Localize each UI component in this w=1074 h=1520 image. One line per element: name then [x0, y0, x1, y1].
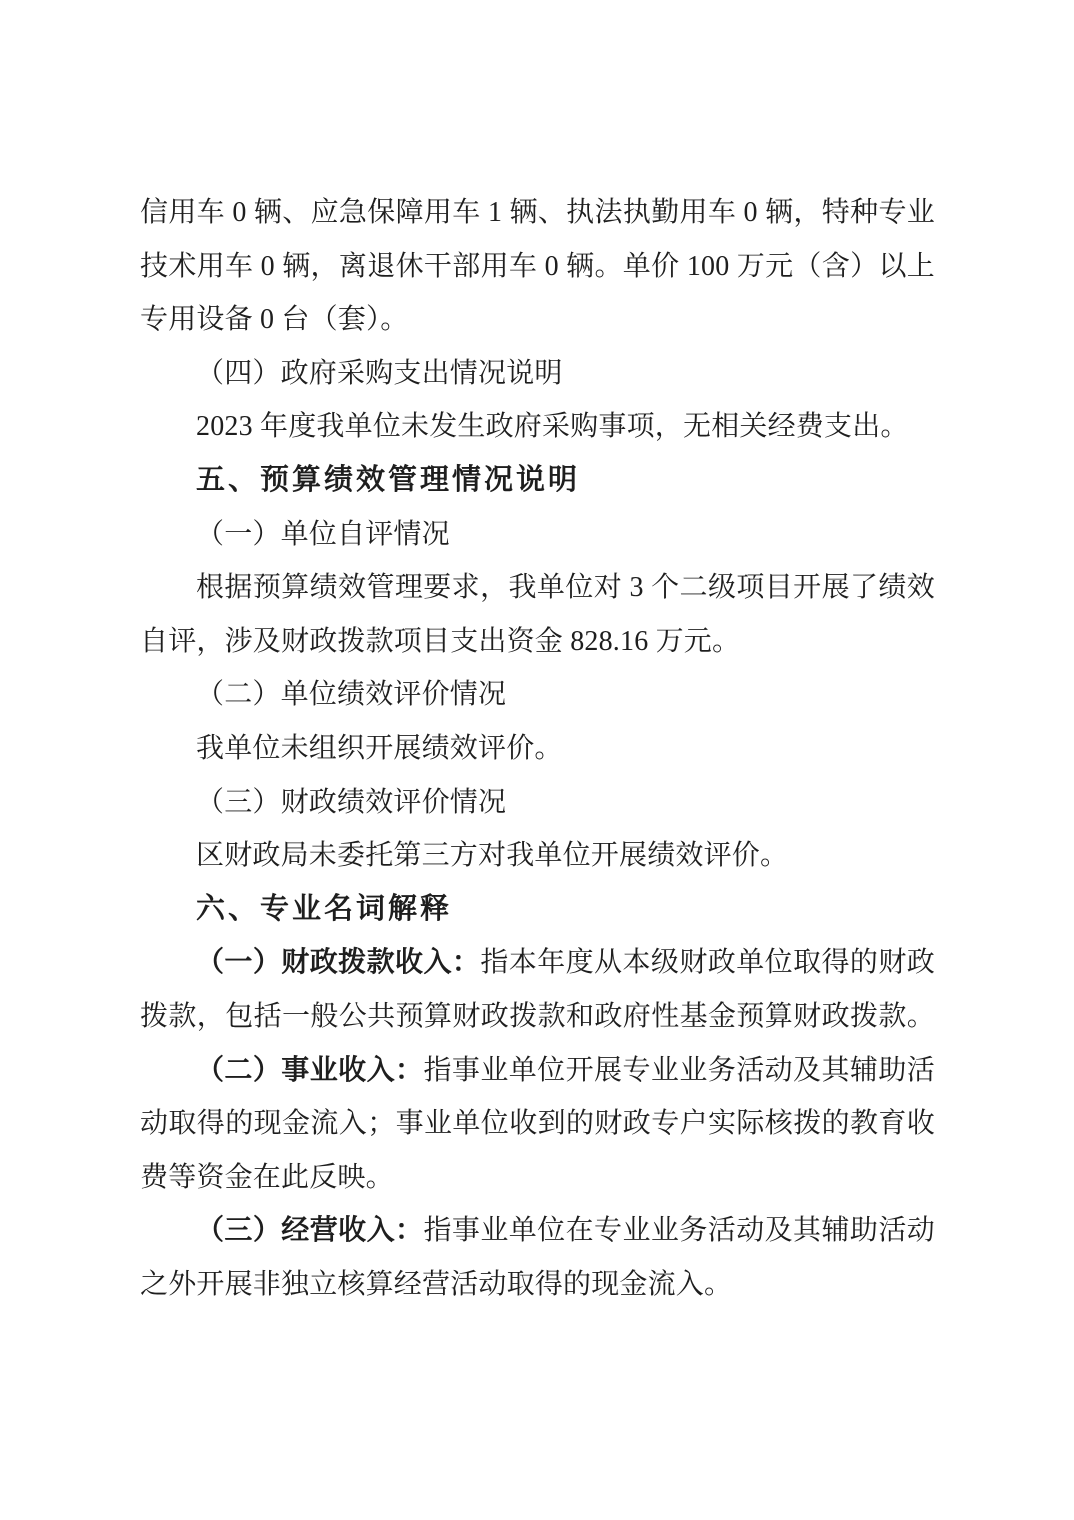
text-line: （一）单位自评情况 — [140, 508, 935, 562]
text-line: 2023 年度我单位未发生政府采购事项，无相关经费支出。 — [140, 400, 935, 454]
text-line: 拨款，包括一般公共预算财政拨款和政府性基金预算财政拨款。 — [140, 990, 935, 1044]
definition-term: （二）事业收入： — [196, 1055, 423, 1086]
text-line: （一）财政拨款收入：指本年度从本级财政单位取得的财政 — [140, 936, 935, 990]
text-line: （二）事业收入：指事业单位开展专业业务活动及其辅助活 — [140, 1044, 935, 1098]
definition-text: 指本年度从本级财政单位取得的财政 — [480, 947, 935, 978]
text-line: 我单位未组织开展绩效评价。 — [140, 722, 935, 776]
page-content: 信用车 0 辆、应急保障用车 1 辆、执法执勤用车 0 辆，特种专业技术用车 0… — [140, 186, 935, 1311]
definition-term: （三）经营收入： — [196, 1215, 423, 1246]
text-line: 根据预算绩效管理要求，我单位对 3 个二级项目开展了绩效 — [140, 561, 935, 615]
text-line: 之外开展非独立核算经营活动取得的现金流入。 — [140, 1258, 935, 1312]
text-line: 信用车 0 辆、应急保障用车 1 辆、执法执勤用车 0 辆，特种专业 — [140, 186, 935, 240]
text-line: 费等资金在此反映。 — [140, 1151, 935, 1205]
definition-text: 指事业单位开展专业业务活动及其辅助活 — [423, 1055, 935, 1086]
definition-text: 指事业单位在专业业务活动及其辅助活动 — [423, 1215, 935, 1246]
document-page: 信用车 0 辆、应急保障用车 1 辆、执法执勤用车 0 辆，特种专业技术用车 0… — [0, 0, 1074, 1520]
section-heading-line: 六、专业名词解释 — [140, 883, 935, 937]
text-line: （二）单位绩效评价情况 — [140, 668, 935, 722]
text-line: （三）经营收入：指事业单位在专业业务活动及其辅助活动 — [140, 1204, 935, 1258]
text-line: （四）政府采购支出情况说明 — [140, 347, 935, 401]
text-line: 动取得的现金流入；事业单位收到的财政专户实际核拨的教育收 — [140, 1097, 935, 1151]
text-line: 自评，涉及财政拨款项目支出资金 828.16 万元。 — [140, 615, 935, 669]
text-line: 技术用车 0 辆，离退休干部用车 0 辆。单价 100 万元（含）以上 — [140, 240, 935, 294]
section-heading-line: 五、预算绩效管理情况说明 — [140, 454, 935, 508]
text-line: 专用设备 0 台（套）。 — [140, 293, 935, 347]
definition-term: （一）财政拨款收入： — [196, 947, 480, 978]
text-line: （三）财政绩效评价情况 — [140, 776, 935, 830]
text-line: 区财政局未委托第三方对我单位开展绩效评价。 — [140, 829, 935, 883]
